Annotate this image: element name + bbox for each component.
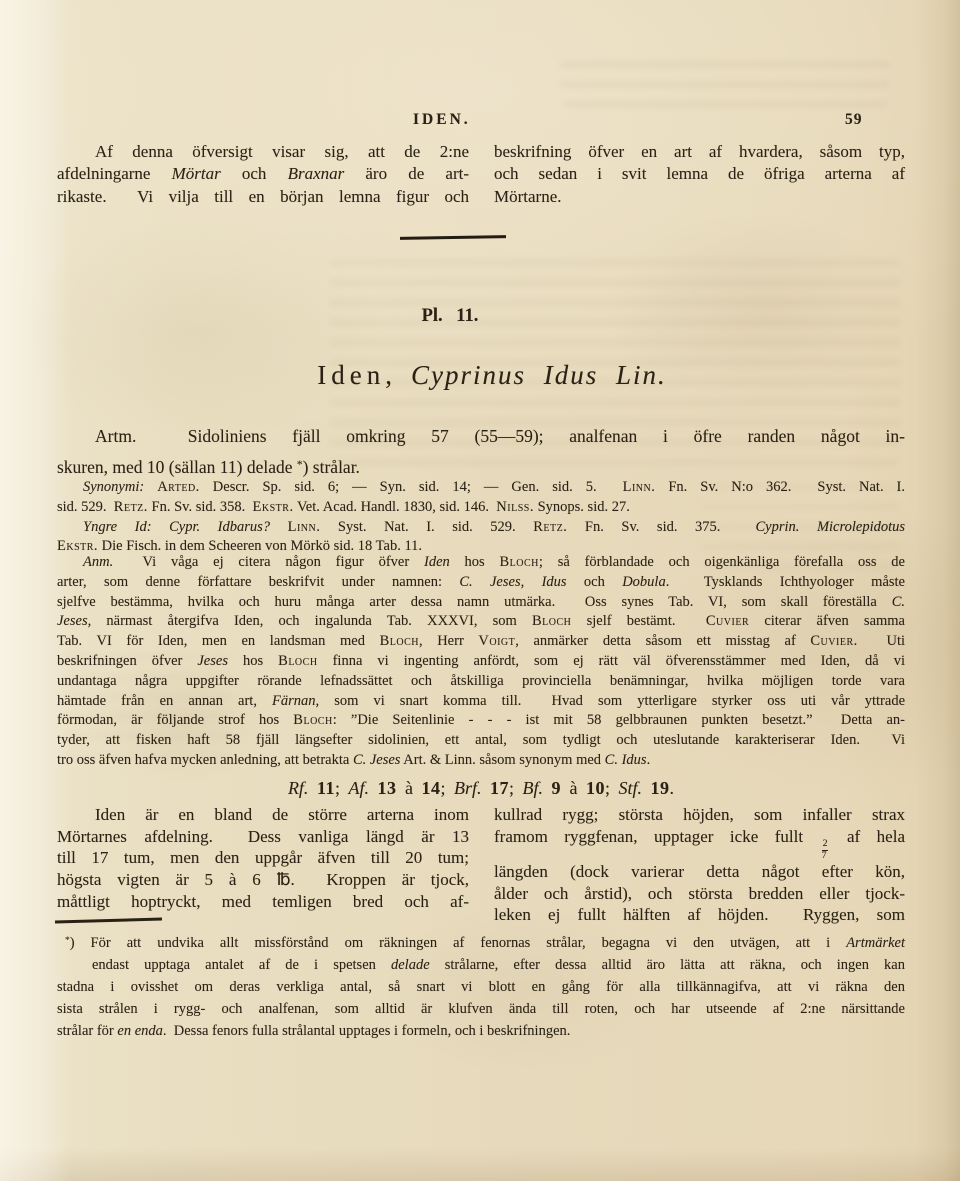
- anm-remark-paragraph: Anm. Vi våga ej citera någon figur öfver…: [57, 553, 905, 771]
- text-line: sjelfve bestämma, hvilka och huru många …: [57, 593, 905, 613]
- running-head: IDEN. 59: [57, 111, 905, 133]
- text-line: Anm. Vi våga ej citera någon figur öfver…: [57, 553, 905, 573]
- text-line: till 17 tum, men den uppgår äfven till 2…: [57, 847, 469, 869]
- text-line: förmodan, är följande strof hos Bloch: ”…: [57, 711, 905, 731]
- text-line: rikaste. Vi vilja till en början lemna f…: [57, 186, 469, 208]
- text-line: Af denna öfversigt visar sig, att de 2:n…: [57, 141, 469, 163]
- body-right-column: kullrad rygg; största höjden, som infall…: [494, 804, 905, 926]
- text-line: Mörtarne.: [494, 186, 905, 208]
- artm-diagnosis-paragraph: Artm. Sidoliniens fjäll omkring 57 (55—5…: [57, 421, 905, 482]
- text-line: längden (dock varierar detta något efter…: [494, 861, 905, 883]
- text-line: sid. 529. Retz. Fn. Sv. sid. 358. Ekstr.…: [57, 498, 905, 518]
- text-line: undantaga några uppgifter rörande lefnad…: [57, 672, 905, 692]
- text-line: endast upptaga antalet af de i spetsen d…: [57, 954, 905, 976]
- text-line: måttligt hoptryckt, med temligen bred oc…: [57, 891, 469, 913]
- text-line: kullrad rygg; största höjden, som infall…: [494, 804, 905, 826]
- text-line: hämtade från en annan art, Färnan, som v…: [57, 692, 905, 712]
- body-left-column: Iden är en bland de större arterna inomM…: [57, 804, 469, 926]
- section-divider-rule: [400, 235, 506, 240]
- text-line: tyder, att fisken haft 58 fjäll längseft…: [57, 731, 905, 751]
- text-line: arter, som denne författare beskrifvit u…: [57, 573, 905, 593]
- text-line: Artm. Sidoliniens fjäll omkring 57 (55—5…: [57, 421, 905, 452]
- text-line: Mörtarnes afdelning. Dess vanliga längd …: [57, 826, 469, 848]
- text-line: afdelningarne Mörtar och Braxnar äro de …: [57, 163, 469, 185]
- synonymy-paragraph: Synonymi: Arted. Descr. Sp. sid. 6; — Sy…: [57, 478, 905, 557]
- page-number: 59: [845, 111, 863, 129]
- text-line: Jeses, närmast återgifva Iden, och ingal…: [57, 612, 905, 632]
- species-common-name: Iden,: [317, 360, 397, 390]
- text-line: beskrifning öfver en art af hvardera, så…: [494, 141, 905, 163]
- column-gap: [469, 141, 494, 208]
- text-line: högsta vigten är 5 à 6 ℔. Kroppen är tjo…: [57, 869, 469, 892]
- text-line: och sedan i svit lemna de öfriga arterna…: [494, 163, 905, 185]
- text-line: Yngre Id: Cypr. Idbarus? Linn. Syst. Nat…: [57, 518, 905, 538]
- text-line: ålder och årstid), och största bredden e…: [494, 883, 905, 905]
- text-line: strålar för en enda. Dessa fenors fulla …: [57, 1020, 905, 1042]
- intro-paragraph: Af denna öfversigt visar sig, att de 2:n…: [57, 141, 905, 208]
- species-latin-name: Cyprinus Idus Lin.: [411, 360, 667, 390]
- text-line: sista strålen i rygg- och analfenan, som…: [57, 998, 905, 1020]
- text-line: tro oss äfven hafva mycken anledning, at…: [57, 751, 905, 771]
- fin-ray-formula: Rf. 11; Af. 13 à 14; Brf. 17; Bf. 9 à 10…: [57, 778, 905, 799]
- intro-left-column: Af denna öfversigt visar sig, att de 2:n…: [57, 141, 469, 208]
- species-heading: Iden,Cyprinus Idus Lin.: [68, 360, 916, 391]
- text-line: framom ryggfenan, upptager icke fullt 27…: [494, 826, 905, 862]
- text-line: stadna i ovisshet om deras verkliga anta…: [57, 976, 905, 998]
- text-line: leken ej fullt hälften af höjden. Ryggen…: [494, 904, 905, 926]
- footnote: *) För att undvika allt missförstånd om …: [57, 932, 905, 1042]
- text-line: *) För att undvika allt missförstånd om …: [57, 932, 905, 954]
- column-gap: [469, 804, 494, 926]
- running-head-title: IDEN.: [413, 111, 471, 129]
- scanned-book-page: IDEN. 59 Af denna öfversigt visar sig, a…: [0, 0, 960, 1181]
- text-line: Iden är en bland de större arterna inom: [57, 804, 469, 826]
- text-line: Synonymi: Arted. Descr. Sp. sid. 6; — Sy…: [57, 478, 905, 498]
- intro-right-column: beskrifning öfver en art af hvardera, så…: [494, 141, 905, 208]
- text-line: Tab. VI för Iden, men en landsman med Bl…: [57, 632, 905, 652]
- showthrough-ghost: [560, 56, 890, 108]
- plate-label: Pl. 11.: [26, 306, 874, 327]
- body-paragraph: Iden är en bland de större arterna inomM…: [57, 804, 905, 926]
- text-line: beskrifningen öfver Jeses hos Bloch finn…: [57, 652, 905, 672]
